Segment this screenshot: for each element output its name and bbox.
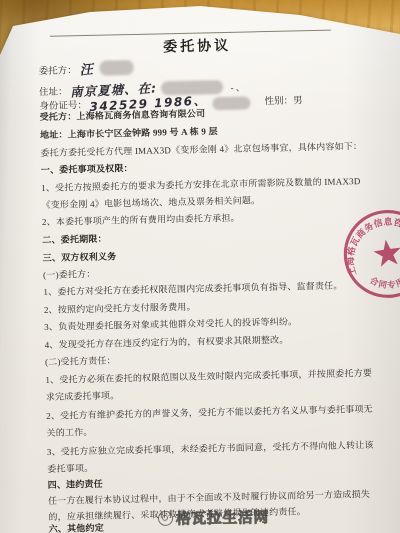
- intro-line: 委托方委托受托方代理 IMAX3D《变形金刚 4》北京包场事宜，具体内容如下：: [40, 139, 362, 159]
- contract-line: 任一方在履行本协议过程中，由于不全面或不及时履行协议而给另一方造成损失: [48, 487, 370, 507]
- photographed-paper: 委托协议 委托方： 汪 住址： 南京夏塘、在: - 、 身份证号： 342529…: [0, 0, 400, 533]
- contract-line: 3、负责处理委托服务对象或其他群众对受托人的投诉等纠纷。: [44, 314, 297, 333]
- redaction-blur: [99, 60, 133, 76]
- client-label: 委托方：: [38, 62, 76, 77]
- seal-caption-text: 合同专用章: [367, 269, 400, 293]
- contract-line: 二、委托期限：: [42, 232, 107, 246]
- redaction-blur: [212, 96, 250, 110]
- contract-line: 4、发现受托方存在违反约定行为的，有权要求其限期整改。: [44, 333, 288, 351]
- contract-line: 三、双方权利义务: [43, 249, 117, 264]
- contract-line: 求完成委托事项。: [46, 388, 120, 403]
- contract-line: 委托事项。: [47, 461, 93, 475]
- contract-line: 一、委托事项及权限：: [41, 161, 133, 176]
- contract-line: 1、委托方对受托方在委托权限范围内完成委托事项负有指导、监督责任。: [43, 278, 342, 298]
- contract-line: (二)受托方责任：: [45, 353, 116, 368]
- watermark: 格瓦拉生活网: [158, 506, 269, 529]
- contract-line: 《变形金刚 4》电影包场场次、地点及票务相关问题。: [41, 193, 260, 211]
- gender-value: 男: [293, 92, 303, 106]
- contract-line: 2、按照约定向受托方支付服务费用。: [44, 300, 196, 316]
- contract-line: 1、受托方必须在委托的权限范围以及生效时限内完成委托事项，并按照委托方要: [45, 366, 372, 386]
- contract-line: 2、受托方有维护委托方的声誉义务，受托方不能以委托方名义从事与委托事项无: [46, 402, 373, 422]
- seal-star-icon: [372, 238, 400, 268]
- contract-line: (一)委托方：: [43, 267, 96, 281]
- contract-line: 3、受托方应独立完成委托事项，未经委托方书面同意，受托方不得向他人转让该: [47, 438, 374, 458]
- contract-line: 1、受托方按照委托方的要求为委托方安排在北京市所需影院及数量的 IMAX3D: [41, 174, 361, 194]
- contract-line: 六、其他约定: [48, 521, 103, 533]
- contract-line: 2、本委托事项产生的所有费用均由委托方承担。: [42, 211, 240, 228]
- contract-line: 关的工作。: [46, 425, 92, 439]
- client-handwritten-value: 汪: [79, 59, 93, 79]
- contract-line: 四、违约责任: [48, 477, 103, 491]
- client-row: 委托方： 汪: [38, 58, 133, 79]
- trustee-address-line: 地址：上海市长宁区金钟路 999 号 A 栋 9 层: [40, 124, 218, 141]
- watermark-text: 格瓦拉生活网: [176, 506, 269, 529]
- watermark-logo-icon: [158, 511, 173, 526]
- svg-text:合同专用章: 合同专用章: [367, 269, 400, 293]
- trustee-line: 受托方：上海格瓦商务信息咨询有限公司: [40, 106, 206, 123]
- contract-paper: 委托协议 委托方： 汪 住址： 南京夏塘、在: - 、 身份证号： 342529…: [0, 0, 400, 533]
- gender-label: 性别：: [264, 93, 293, 108]
